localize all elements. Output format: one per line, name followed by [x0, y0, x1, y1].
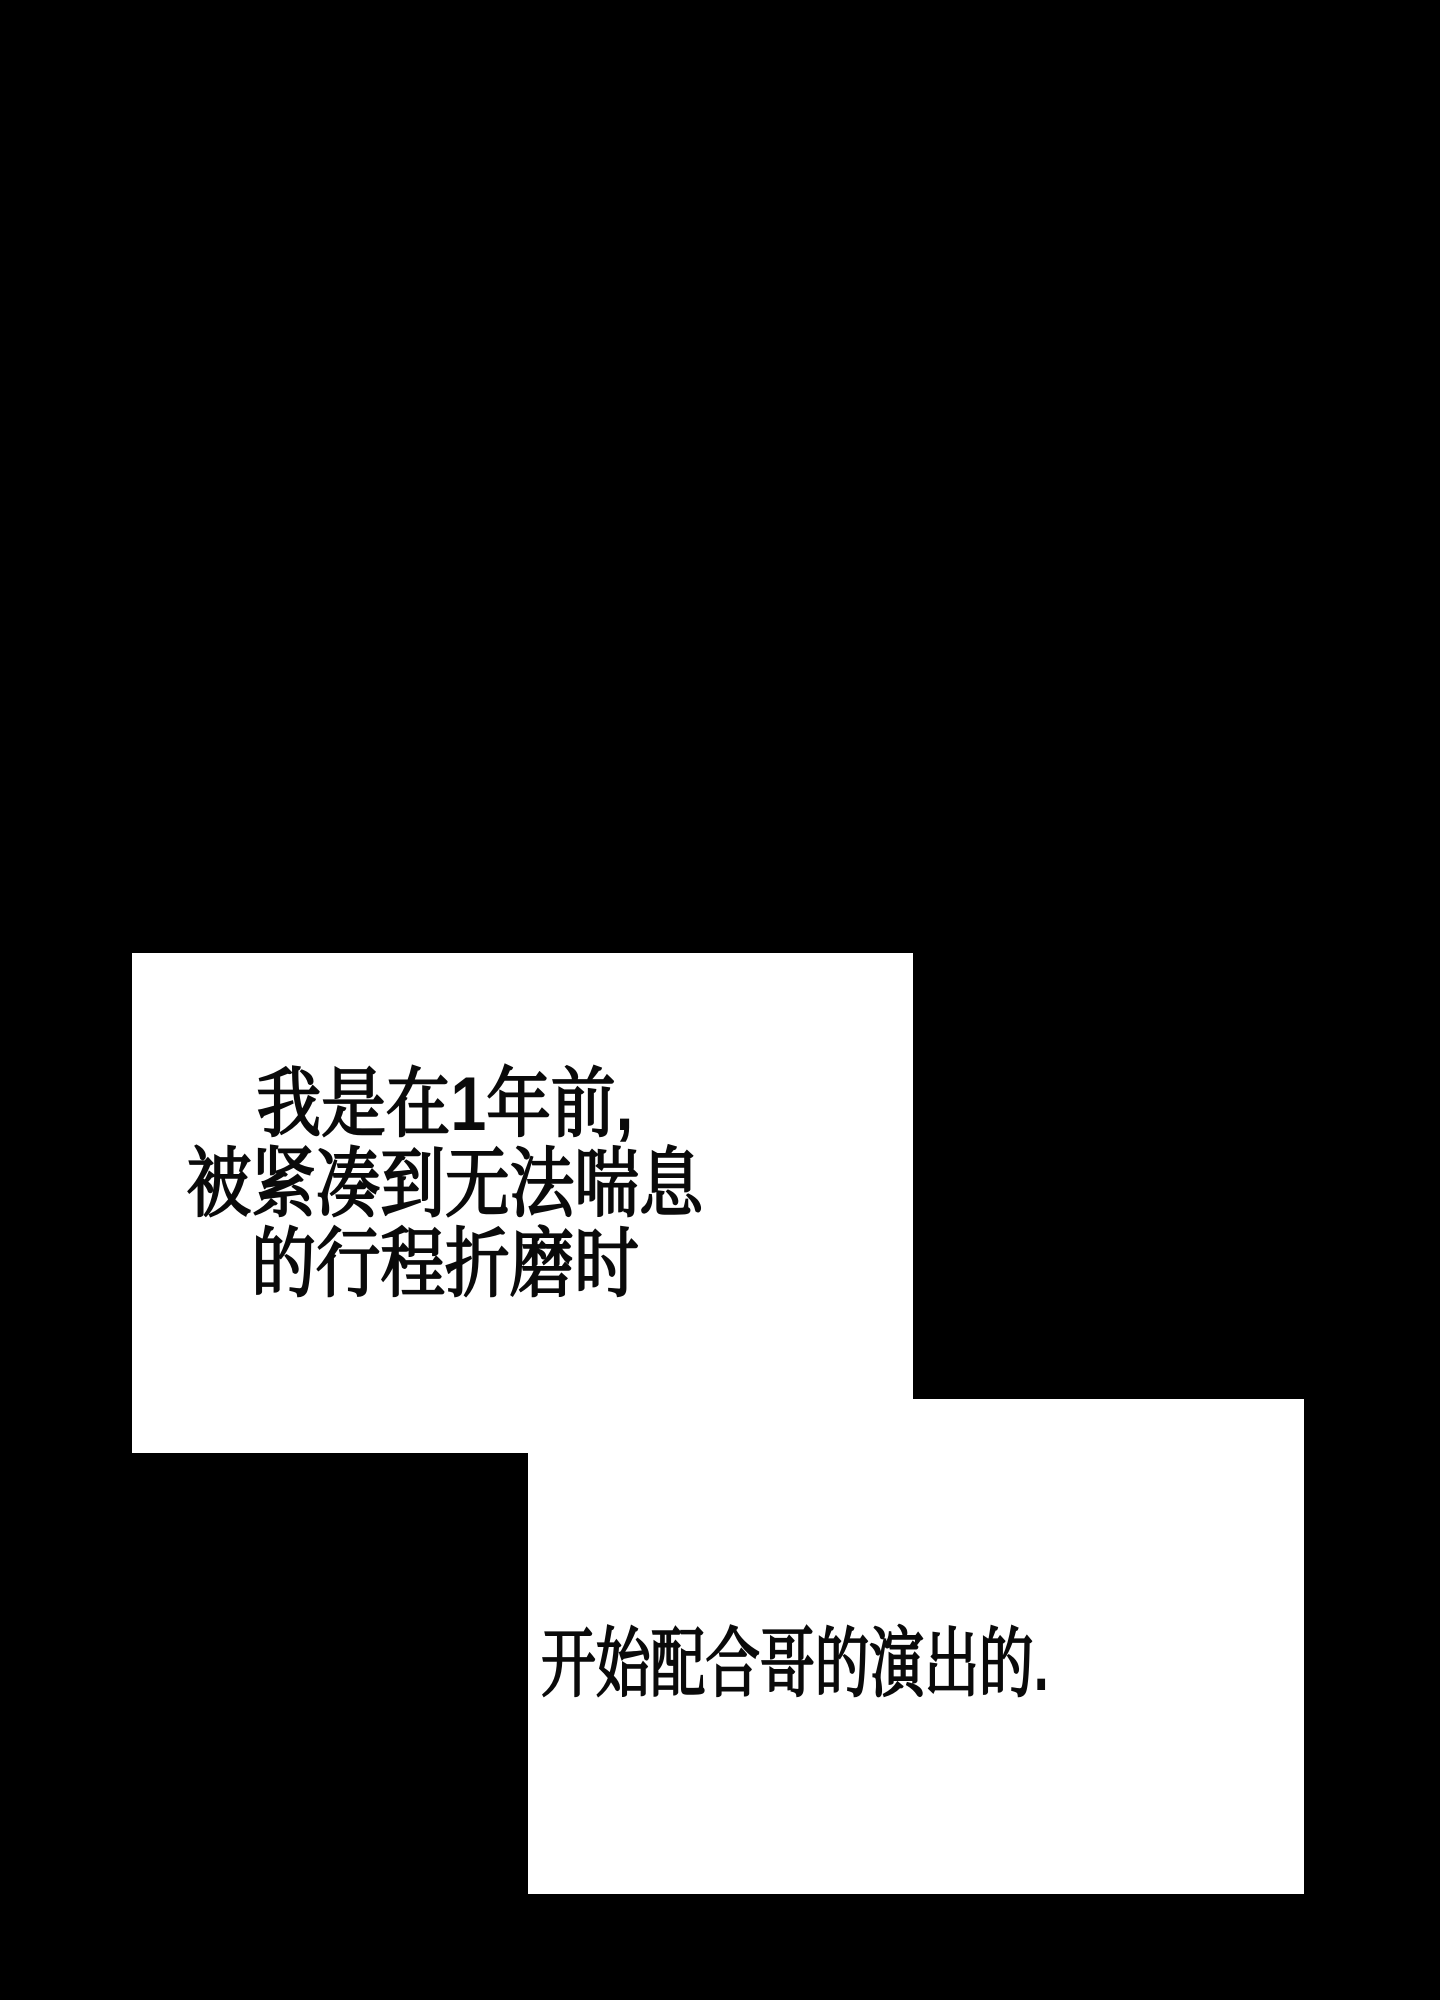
narration-text-top: 我是在1年前, 被紧凑到无法喘息 的行程折磨时: [179, 1065, 711, 1305]
narration-line: 开始配合哥的演出的.: [507, 1625, 1083, 1705]
narration-line: 被紧凑到无法喘息: [179, 1145, 711, 1225]
narration-line: 我是在1年前,: [179, 1065, 711, 1145]
narration-box-bottom: 开始配合哥的演出的.: [528, 1399, 1304, 1894]
narration-box-top: 我是在1年前, 被紧凑到无法喘息 的行程折磨时: [132, 953, 913, 1453]
comic-page: 我是在1年前, 被紧凑到无法喘息 的行程折磨时 开始配合哥的演出的.: [0, 0, 1440, 2000]
narration-line: 的行程折磨时: [179, 1225, 711, 1305]
narration-text-bottom: 开始配合哥的演出的.: [507, 1625, 1083, 1705]
